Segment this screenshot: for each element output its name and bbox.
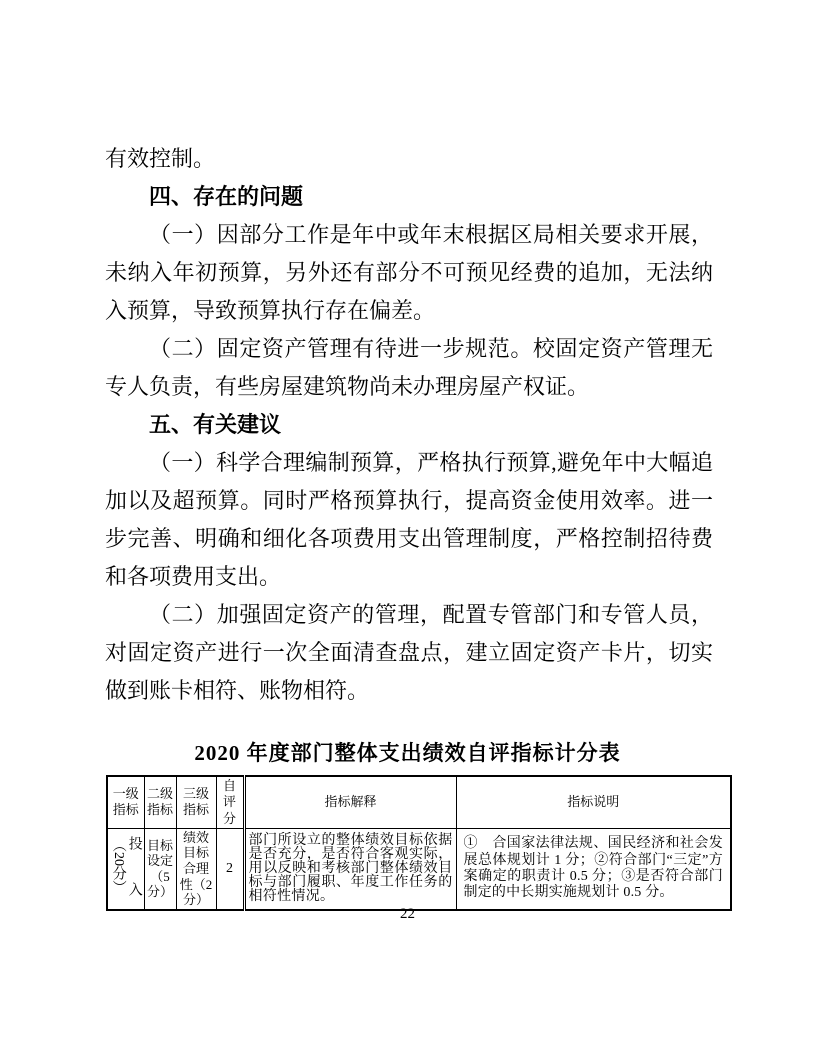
section-heading-suggestions: 五、有关建议 — [105, 406, 713, 444]
table-row: 投入 （20分） 目标设定（5分） 绩效目标合理性（2分） 2 部门所设立的整体… — [107, 828, 731, 909]
score-table: 一级指标 二级指标 三级指标 自评分 指标解释 指标说明 投入 （20分） 目标… — [106, 775, 732, 911]
header-cell-level3: 三级指标 — [176, 776, 216, 828]
cell-level2-indicator: 目标设定（5分） — [144, 828, 176, 909]
cell-level3-indicator: 绩效目标合理性（2分） — [176, 828, 216, 909]
cell-self-score: 2 — [216, 828, 244, 909]
header-cell-description: 指标说明 — [456, 776, 731, 828]
page-number: 22 — [0, 906, 815, 923]
paragraph-problem-1: （一）因部分工作是年中或年末根据区局相关要求开展，未纳入年初预算，另外还有部分不… — [105, 216, 713, 330]
cell-indicator-description: ① 合国家法律法规、国民经济和社会发展总体规划计 1 分；②符合部门“三定”方案… — [456, 828, 731, 909]
paragraph-problem-2: （二）固定资产管理有待进一步规范。校固定资产管理无专人负责，有些房屋建筑物尚未办… — [105, 330, 713, 406]
body-text-block: 有效控制。 四、存在的问题 （一）因部分工作是年中或年末根据区局相关要求开展，未… — [105, 140, 713, 710]
paragraph-continuation: 有效控制。 — [105, 140, 713, 178]
vertical-text: 投入 （20分） — [110, 836, 142, 896]
cell-indicator-explanation: 部门所设立的整体绩效目标依据是否充分，是否符合客观实际，用以反映和考核部门整体绩… — [244, 828, 456, 909]
level1-name: 投入 — [126, 836, 142, 896]
header-cell-level2: 二级指标 — [144, 776, 176, 828]
header-cell-explanation: 指标解释 — [244, 776, 456, 828]
paragraph-suggestion-2: （二）加强固定资产的管理，配置专管部门和专管人员，对固定资产进行一次全面清查盘点… — [105, 596, 713, 710]
paragraph-suggestion-1: （一）科学合理编制预算，严格执行预算,避免年中大幅追加以及超预算。同时严格预算执… — [105, 444, 713, 596]
header-cell-self-score: 自评分 — [216, 776, 244, 828]
section-heading-problems: 四、存在的问题 — [105, 178, 713, 216]
table-title: 2020 年度部门整体支出绩效自评指标计分表 — [0, 737, 815, 767]
document-page: 有效控制。 四、存在的问题 （一）因部分工作是年中或年末根据区局相关要求开展，未… — [0, 0, 815, 1055]
header-cell-level1: 一级指标 — [107, 776, 144, 828]
cell-level1-indicator: 投入 （20分） — [107, 828, 144, 909]
level1-score: （20分） — [110, 836, 126, 896]
table-header-row: 一级指标 二级指标 三级指标 自评分 指标解释 指标说明 — [107, 776, 731, 828]
